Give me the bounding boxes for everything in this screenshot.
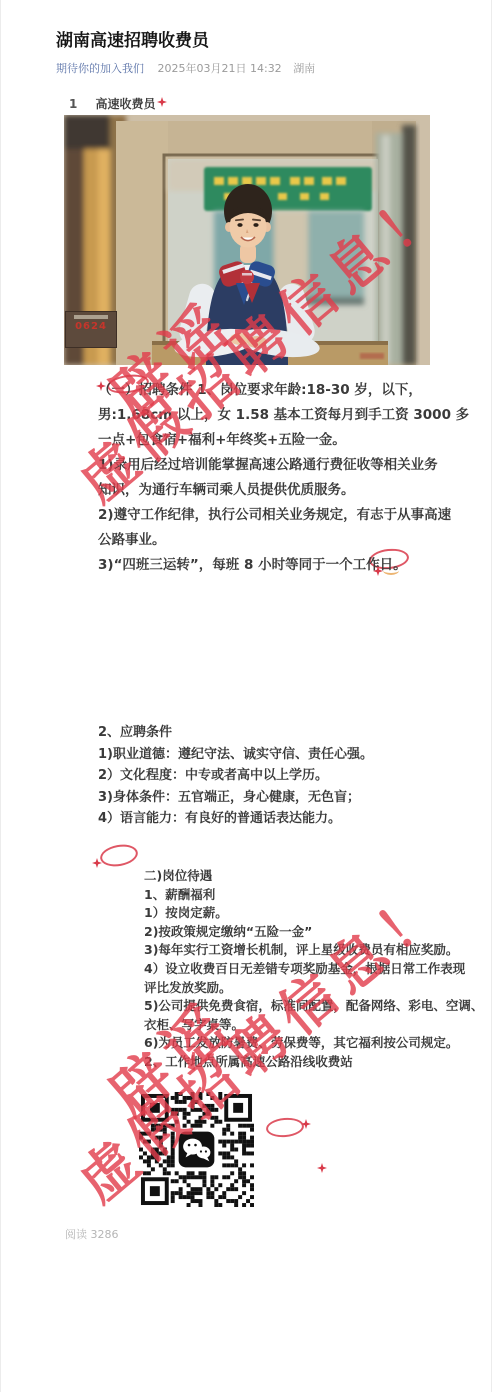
page-title: 湖南高速招聘收费员 — [56, 26, 209, 51]
text-line: 1)录用后经过培训能掌握高速公路通行费征收等相关业务 — [98, 453, 469, 478]
text-line: 衣柜、写字桌等。 — [144, 1016, 483, 1035]
text-line: 2、应聘条件 — [98, 722, 373, 744]
red-sparkle-icon — [157, 97, 167, 107]
red-sparkle-icon — [92, 858, 102, 868]
text-line: 2）文化程度：中专或者高中以上学历。 — [98, 765, 373, 787]
text-line: 1）按岗定薪。 — [144, 904, 483, 923]
text-line: 二)岗位待遇 — [144, 867, 483, 886]
red-sparkle-icon — [301, 1119, 311, 1129]
toll-booth-scene — [64, 115, 430, 365]
publish-date: 2025年03月21日 14:32 — [158, 62, 282, 75]
text-line: 一点+包食宿+福利+年终奖+五险一金。 — [98, 428, 469, 453]
recruitment-conditions-paragraph: （一）招聘条件 1、岗位要求年龄:18-30 岁，以下， 男:1.68cm 以上… — [98, 378, 469, 578]
booth-number: 0624 — [66, 321, 116, 332]
right-glass-pane — [376, 125, 416, 365]
booth-number-sign: 0624 — [65, 311, 117, 348]
sign-top-line — [74, 315, 108, 319]
text-line: 2)遵守工作纪律，执行公司相关业务规定，有志于从事高速 — [98, 503, 469, 528]
text-line: 1)职业道德：遵纪守法、诚实守信、责任心强。 — [98, 744, 373, 766]
red-circle-scribble — [98, 842, 139, 869]
text-line: 6)为员工发放防暑费、劳保费等，其它福利按公司规定。 — [144, 1034, 483, 1053]
text-line: 2、工作地点所属高速公路沿线收费站 — [144, 1053, 483, 1072]
text-line: 5)公司提供免费食宿，标准间配置，配备网络、彩电、空调、 — [144, 997, 483, 1016]
read-count: 阅读 3286 — [65, 1226, 119, 1242]
text-line: 3)每年实行工资增长机制，评上星级收费员有相应奖励。 — [144, 941, 483, 960]
toll-booth-photo: 0624 — [64, 115, 430, 365]
red-sparkle-icon — [317, 1163, 327, 1173]
text-line: 知识，为通行车辆司乘人员提供优质服务。 — [98, 478, 469, 503]
text-line: 3)身体条件：五官端正，身心健康，无色盲； — [98, 787, 373, 809]
section-header: 1 高速收费员 — [69, 95, 156, 112]
section-number: 1 — [69, 97, 77, 111]
salary-benefits-paragraph: 二)岗位待遇 1、薪酬福利 1）按岗定薪。 2)按政策规定缴纳“五险一金” 3)… — [144, 867, 483, 1072]
text-line: 公路事业。 — [98, 528, 469, 553]
application-conditions-paragraph: 2、应聘条件 1)职业道德：遵纪守法、诚实守信、责任心强。 2）文化程度：中专或… — [98, 722, 373, 830]
byline: 期待你的加入我们 2025年03月21日 14:32 湖南 — [56, 60, 315, 76]
publish-location: 湖南 — [293, 62, 315, 75]
text-line: 4）设立收费百日无差错专项奖励基金，根据日常工作表现 — [144, 960, 483, 979]
red-circle-scribble — [265, 1116, 305, 1138]
section-label: 高速收费员 — [96, 97, 156, 111]
article-page: 湖南高速招聘收费员 期待你的加入我们 2025年03月21日 14:32 湖南 … — [0, 0, 492, 1392]
account-link[interactable]: 期待你的加入我们 — [56, 62, 144, 75]
wechat-icon — [179, 1132, 215, 1168]
wechat-qr-code — [139, 1092, 254, 1207]
text-line: 3)“四班三运转”，每班 8 小时等同于一个工作日。 — [98, 553, 469, 578]
text-line: 1、薪酬福利 — [144, 886, 483, 905]
text-line: 2)按政策规定缴纳“五险一金” — [144, 923, 483, 942]
text-line: 男:1.68cm 以上，女 1.58 基本工资每月到手工资 3000 多 — [98, 403, 469, 428]
text-line: （一）招聘条件 1、岗位要求年龄:18-30 岁，以下， — [98, 378, 469, 403]
qr-code-image — [139, 1092, 254, 1207]
text-line: 4）语言能力：有良好的普通话表达能力。 — [98, 808, 373, 830]
text-line: 评比发放奖励。 — [144, 979, 483, 998]
